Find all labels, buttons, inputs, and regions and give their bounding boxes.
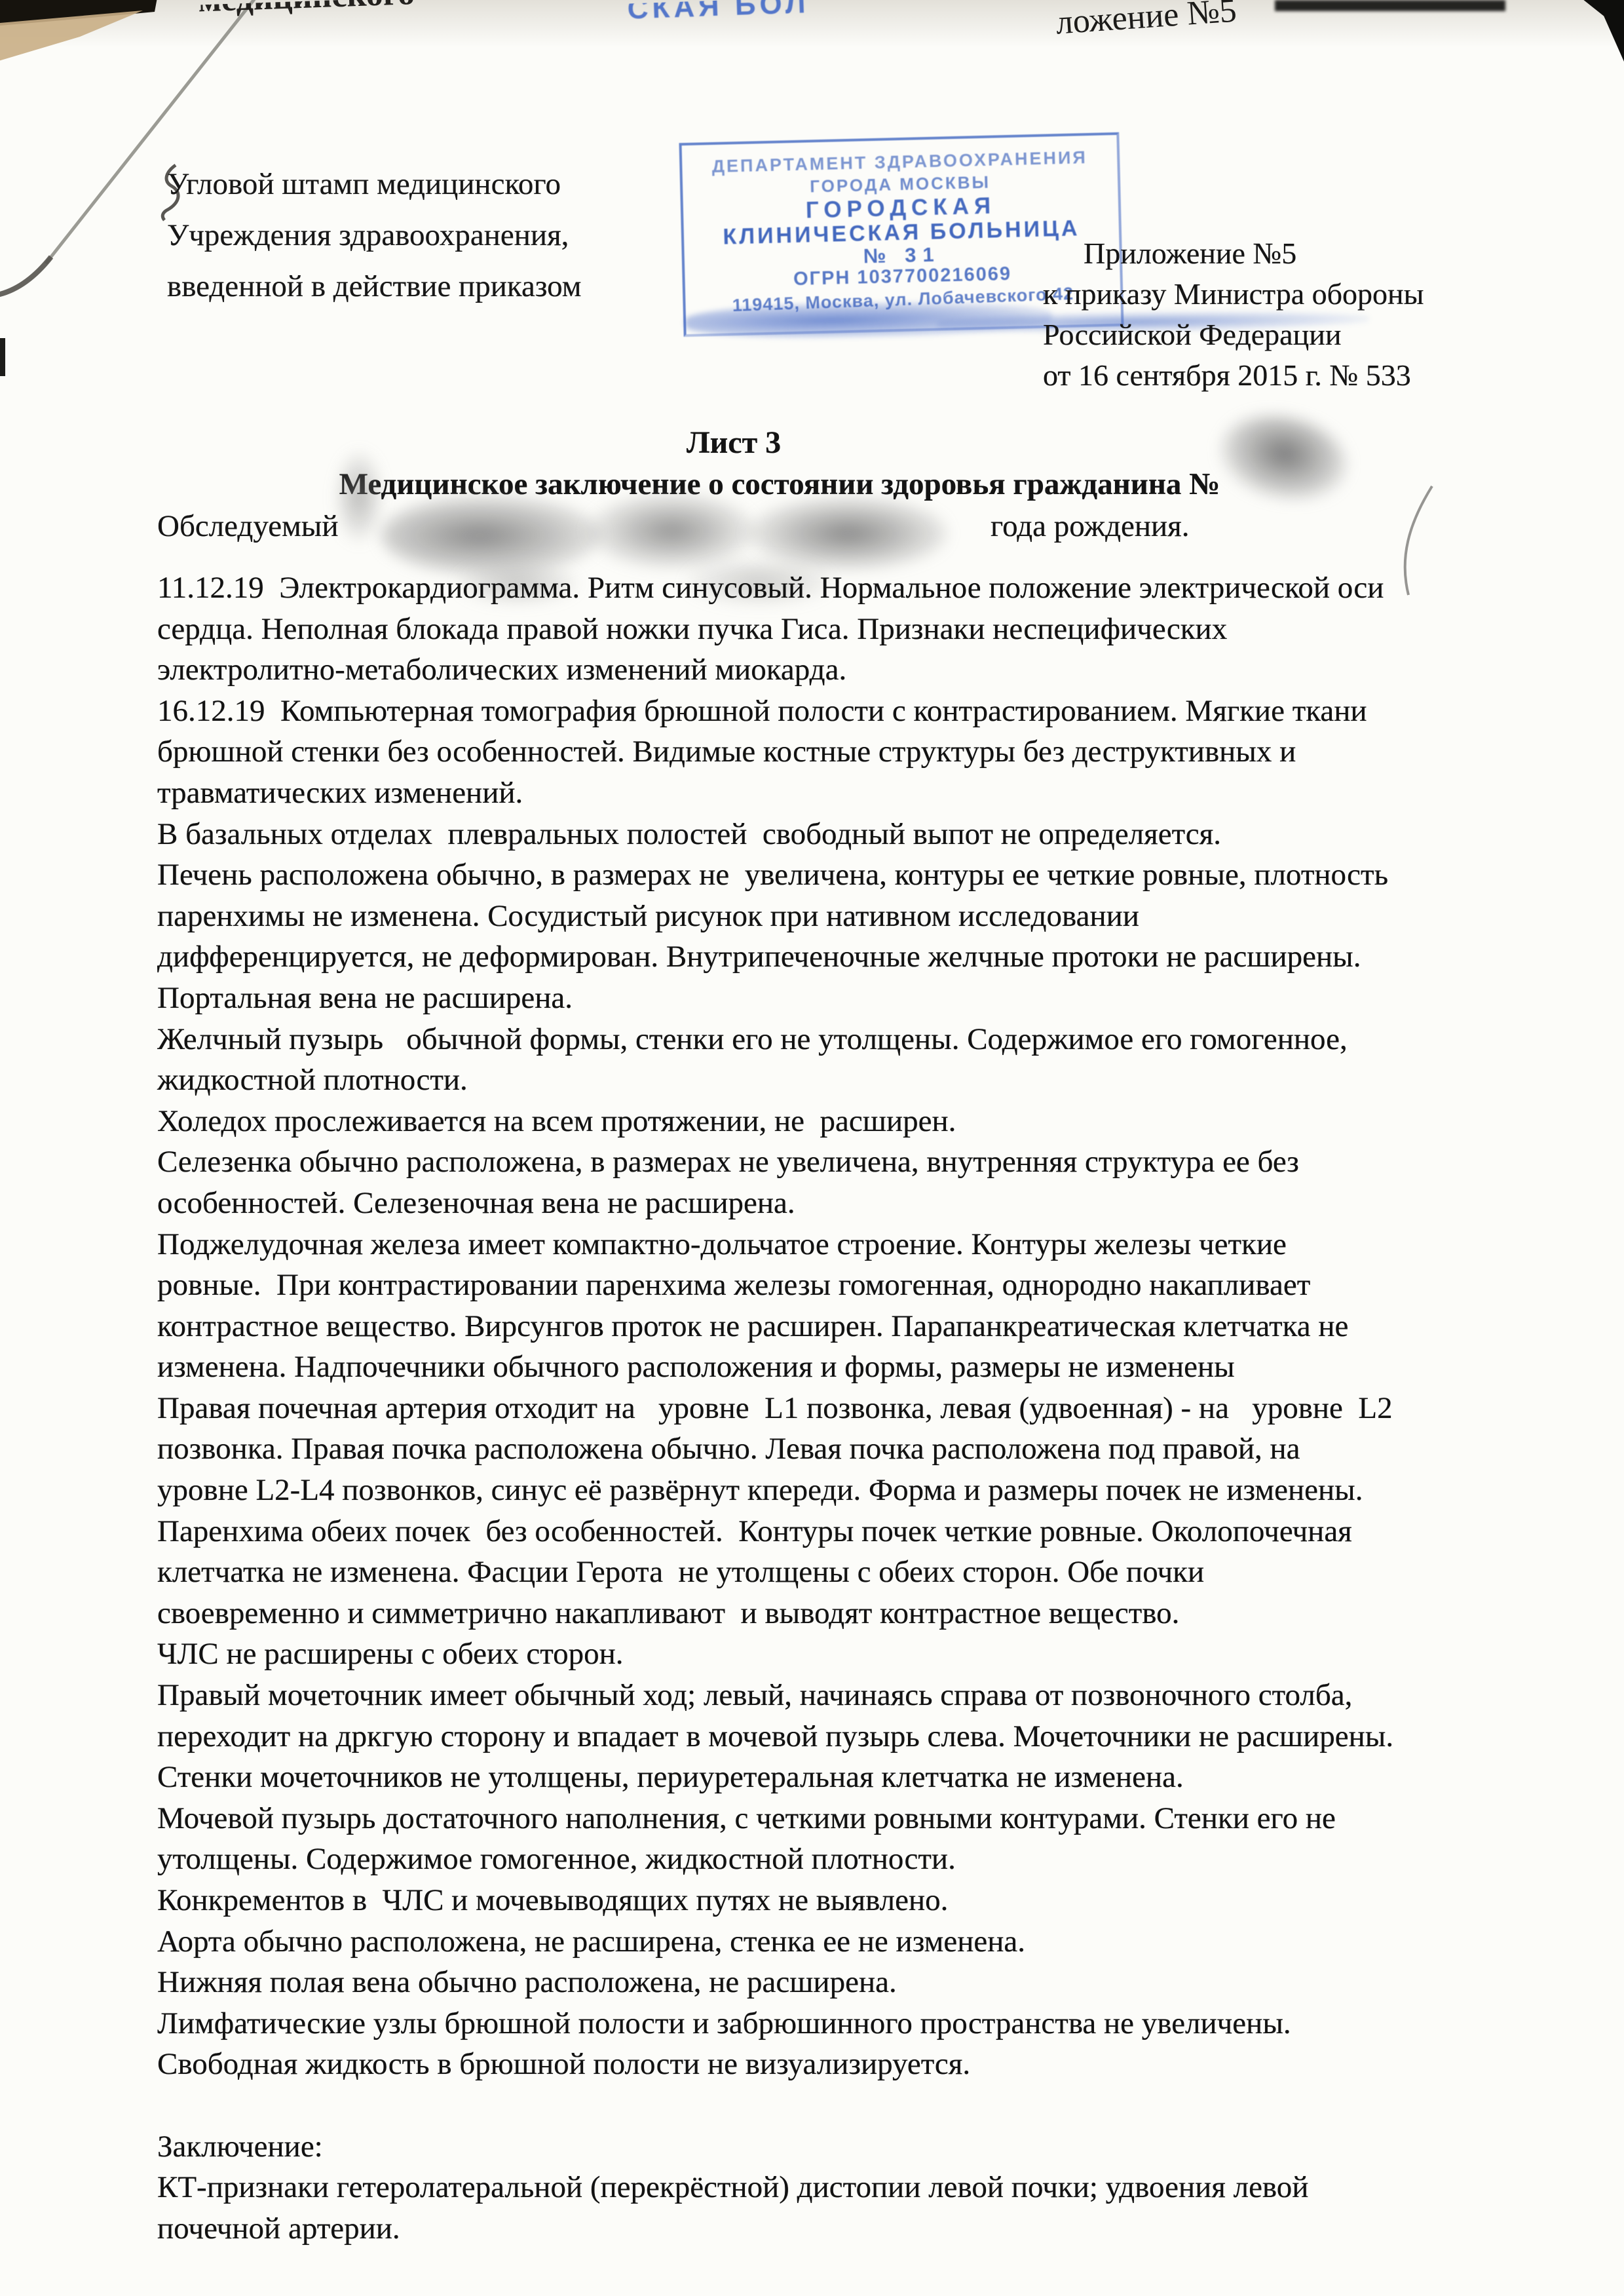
report-line: утолщены. Содержимое гомогенное, жидкост… (157, 1839, 1572, 1880)
report-line: Холедох прослеживается на всем протяжени… (157, 1101, 1572, 1142)
corner-stamp-note: Угловой штамп медицинского Учреждения зд… (167, 159, 698, 312)
report-line: Лимфатические узлы брюшной полости и заб… (157, 2003, 1572, 2044)
redaction-smudge-streak (335, 451, 383, 543)
report-line: Стенки мочеточников не утолщены, периуре… (157, 1757, 1572, 1798)
report-line: изменена. Надпочечники обычного располож… (157, 1347, 1572, 1388)
report-body: 11.12.19 Электрокардиограмма. Ритм синус… (157, 567, 1572, 2249)
report-line: Печень расположена обычно, в размерах не… (157, 854, 1572, 896)
report-line: КТ-признаки гетеролатеральной (перекрёст… (157, 2167, 1572, 2208)
sheet-title: Лист 3 (157, 425, 1310, 461)
report-line: травматических изменений. (157, 773, 1572, 814)
report-line: Заключение: (157, 2126, 1572, 2168)
appendix-line: к приказу Министра обороны (1043, 274, 1541, 315)
report-line: Аорта обычно расположена, не расширена, … (157, 1921, 1572, 1962)
scan-fold-line-hook (0, 257, 51, 295)
report-line: дифференцируется, не деформирован. Внутр… (157, 936, 1572, 978)
report-line: клетчатка не изменена. Фасции Герота не … (157, 1552, 1572, 1593)
report-line: контрастное вещество. Вирсунгов проток н… (157, 1306, 1572, 1347)
report-line: жидкостной плотности. (157, 1060, 1572, 1101)
report-line: В базальных отделах плевральных полостей… (157, 814, 1572, 855)
report-line: Конкрементов в ЧЛС и мочевыводящих путях… (157, 1880, 1572, 1921)
report-line: ровные. При контрастировании паренхима ж… (157, 1265, 1572, 1306)
examinee-prefix: Обследуемый (157, 509, 339, 543)
redaction-smudge-name (588, 493, 755, 569)
report-line: Правый мочеточник имеет обычный ход; лев… (157, 1675, 1572, 1716)
report-line: паренхимы не изменена. Сосудистый рисуно… (157, 896, 1572, 937)
report-line: 16.12.19 Компьютерная томография брюшной… (157, 691, 1572, 732)
report-line: позвонка. Правая почка расположена обычн… (157, 1428, 1572, 1470)
examinee-suffix: года рождения. (991, 508, 1190, 544)
report-line: Желчный пузырь обычной формы, стенки его… (157, 1019, 1572, 1060)
redaction-smudge-name (381, 495, 601, 575)
report-line: сердца. Неполная блокада правой ножки пу… (157, 609, 1572, 650)
report-line: Портальная вена не расширена. (157, 978, 1572, 1019)
corner-note-line: введенной в действие приказом (167, 261, 698, 312)
report-line: своевременно и симметрично накапливают и… (157, 1593, 1572, 1634)
report-line: уровне L2-L4 позвонков, синус её развёрн… (157, 1470, 1572, 1511)
report-line: особенностей. Селезеночная вена не расши… (157, 1183, 1572, 1224)
appendix-line: от 16 сентября 2015 г. № 533 (1043, 355, 1541, 396)
report-line (157, 2085, 1572, 2126)
corner-note-line: Угловой штамп медицинского (167, 159, 698, 210)
scan-left-edge-mark (0, 338, 5, 376)
report-line: Нижняя полая вена обычно расположена, не… (157, 1962, 1572, 2003)
scanned-medical-document-page: медицинского СКАЯ БОЛ ложение №5 Угловой… (0, 0, 1624, 2296)
report-line: Мочевой пузырь достаточного наполнения, … (157, 1798, 1572, 1839)
report-line: Паренхима обеих почек без особенностей. … (157, 1511, 1572, 1552)
report-line: 11.12.19 Электрокардиограмма. Ритм синус… (157, 567, 1572, 609)
corner-note-line: Учреждения здравоохранения, (167, 210, 698, 261)
report-line: ЧЛС не расширены с обеих сторон. (157, 1634, 1572, 1675)
report-line: Поджелудочная железа имеет компактно-дол… (157, 1224, 1572, 1265)
report-line: электролитно-метаболических изменений ми… (157, 649, 1572, 691)
report-line: переходит на дркгую сторону и впадает в … (157, 1716, 1572, 1757)
appendix-line: Приложение №5 (1043, 233, 1541, 274)
report-line: брюшной стенки без особенностей. Видимые… (157, 731, 1572, 773)
report-line: Свободная жидкость в брюшной полости не … (157, 2044, 1572, 2085)
report-line: почечной артерии. (157, 2208, 1572, 2249)
report-line: Правая почечная артерия отходит на уровн… (157, 1388, 1572, 1429)
report-line: Селезенка обычно расположена, в размерах… (157, 1141, 1572, 1183)
appendix-reference-block: Приложение №5 к приказу Министра обороны… (1043, 233, 1541, 396)
appendix-line: Российской Федерации (1043, 315, 1541, 355)
